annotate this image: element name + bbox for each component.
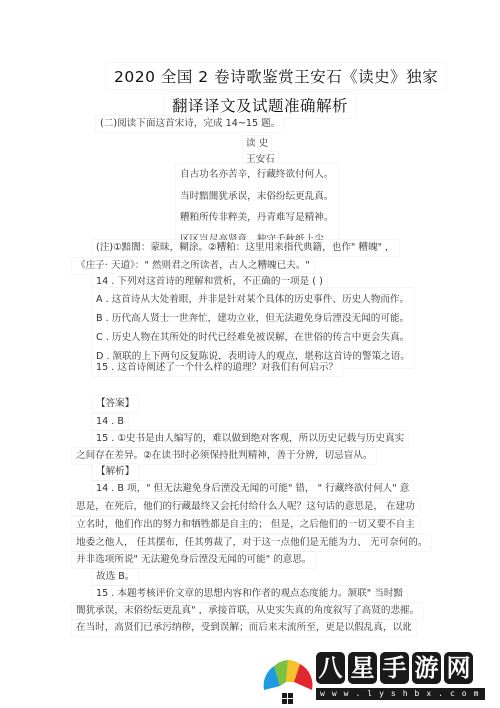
document-title-line1: 2020 全国 2 卷诗歌鉴赏王安石《读史》独家	[106, 63, 446, 89]
answer-header: 【答案】	[92, 396, 138, 412]
instruction-text: (二)阅读下面这首宋诗，完成 14~15 题。	[96, 116, 284, 132]
watermark-char: 游	[412, 652, 441, 684]
watermark-brand: 八 星 手 游 网	[316, 652, 473, 686]
analysis-header: 【解析】	[92, 464, 138, 480]
poem-title: 读 史	[243, 136, 271, 152]
document-title-line2: 翻译译文及试题准确解析	[164, 92, 356, 118]
choose-answer: 故选 B。	[92, 569, 138, 585]
question-15: 15 . 这首诗阐述了一个什么样的道理？对我们有何启示？	[92, 360, 342, 376]
analysis-14-line-5: 并非选项所说" 无法避免身后湮没无闻的可能" 的意思。	[72, 552, 316, 568]
poem-line: 糟粕所传非粹美，丹青难写是精神。	[180, 207, 334, 229]
analysis-14-line-1: 14 . B 项，" 但无法避免身后湮没无闻的可能" 错， " 行藏终欲付何人"…	[92, 481, 413, 497]
poem-body: 自古功名亦苦辛，行藏终欲付何人。 当时黯闇犹承误，末俗纷纭更乱真。 糟粕所传非粹…	[176, 164, 338, 250]
watermark-logo: 八 星 手 游 网 www.lyshbx.com	[260, 646, 495, 708]
option-c: C . 历史人物在其所处的时代已经难免被误解，在世俗的传言中更会失真。	[96, 328, 410, 347]
analysis-15-line-3: 在当时，高贤们已承污纳秽，受到误解；而后来末流所至，更是以假乱真，以讹	[72, 620, 416, 636]
option-b: B . 历代高人贤士一世奔忙，建功立业，但无法避免身后湮没无闻的可能。	[96, 309, 410, 328]
analysis-15-line-2: 闇犹承误，末俗纷纭更乱真" ，承接首联，从史实失真的角度叙写了高贤的悲摧。	[72, 603, 423, 619]
analysis-14-line-3: 立名时，他们作出的努力和牺牲都是自主的； 但是，之后他们的一切又要不自主	[72, 517, 419, 533]
house-logo-icon	[260, 646, 316, 708]
analysis-14-line-2: 思是，在死后，他们的行藏最终又会托付给什么人呢？这句话的意思是， 在建功	[72, 499, 419, 515]
watermark-char: 八	[316, 652, 345, 684]
answer-15-line-2: 之间存在差异。②在读书时必须保持批判精神，善于分辨，切忌盲从。	[72, 448, 376, 464]
analysis-15-line-1: 15 . 本题考核评价文章的思想内容和作者的观点态度能力。颔联" 当时黯	[92, 586, 407, 602]
options-block: A . 这首诗从大处着眼，并非是针对某个具体的历史事件、历史人物而作。 B . …	[92, 288, 414, 368]
watermark-char: 网	[444, 652, 473, 684]
note-line-1: (注)①黯闇：蒙昧，糊涂。②糟粕：这里用来指代典籍，也作" 糟魄" ，	[92, 240, 399, 256]
poem-line: 当时黯闇犹承误，末俗纷纭更乱真。	[180, 186, 334, 208]
answer-15-line-1: 15 . ①史书是由人编写的，难以做到绝对客观，所以历史记载与历史真实	[92, 431, 408, 447]
analysis-14-line-4: 地委之他人， 任其摆布，任其剪裁了，对于这一点他们是无能为力、 无可奈何的。	[72, 535, 431, 551]
poem-line: 自古功名亦苦辛，行藏终欲付何人。	[180, 164, 334, 186]
watermark-char: 星	[348, 652, 377, 684]
watermark-url: www.lyshbx.com	[316, 688, 485, 700]
note-line-2: 《庄子· 天道》：" 然则君之所读者，古人之糟魄已夫。"	[72, 258, 314, 274]
option-a: A . 这首诗从大处着眼，并非是针对某个具体的历史事件、历史人物而作。	[96, 290, 410, 309]
watermark-char: 手	[380, 652, 409, 684]
answer-14: 14 . B	[92, 414, 128, 430]
